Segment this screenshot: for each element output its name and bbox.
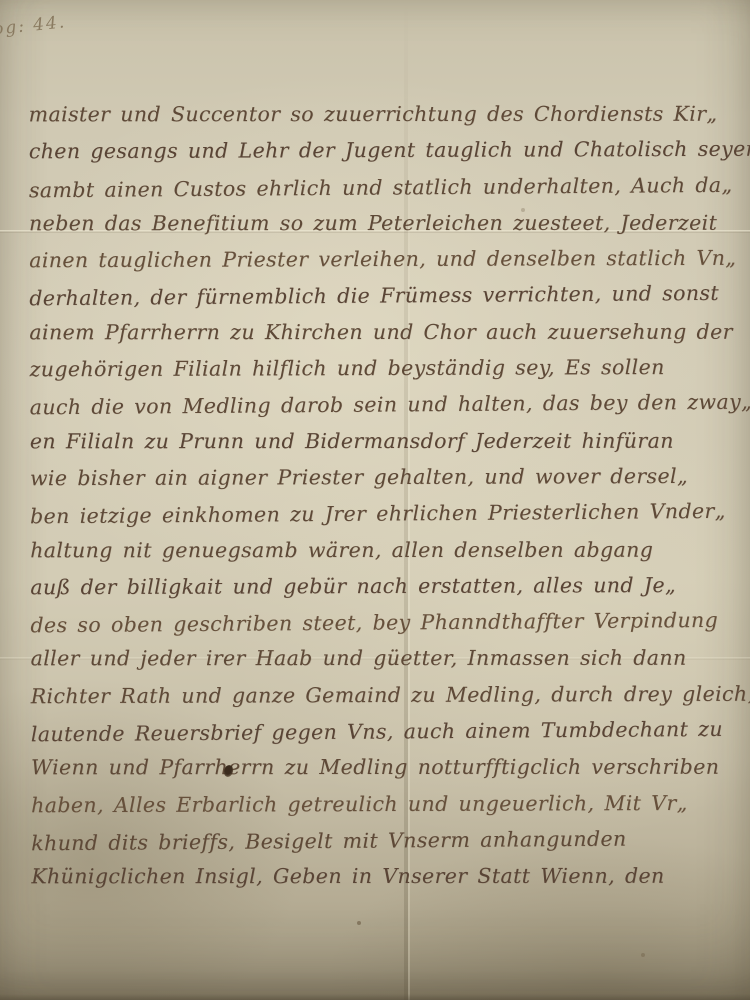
text-line: maister und Succentor so zuuerrichtung d… [29, 96, 741, 133]
text-line: Richter Rath und ganze Gemaind zu Medlin… [31, 676, 743, 715]
text-line: auch die von Medling darob sein und halt… [30, 384, 742, 426]
archival-page-number: og: 44. [0, 12, 67, 40]
text-line: chen gesangs und Lehr der Jugent tauglic… [29, 131, 741, 170]
text-line: khund dits brieffs, Besigelt mit Vnserm … [31, 820, 743, 862]
text-line: Wienn und Pfarrherrn zu Medling notturff… [31, 749, 743, 786]
text-line: en Filialn zu Prunn und Bidermansdorf Je… [30, 422, 742, 459]
manuscript-text: maister und Succentor so zuuerrichtung d… [29, 95, 744, 896]
paper-speck [357, 921, 361, 925]
text-line: ainem Pfarrherrn zu Khirchen und Chor au… [29, 313, 741, 350]
text-line: wie bisher ain aigner Priester gehalten,… [30, 458, 742, 497]
manuscript-page-photo: og: 44. maister und Succentor so zuuerri… [0, 0, 750, 1000]
text-line: auß der billigkait und gebür nach erstat… [30, 567, 742, 606]
photo-bottom-edge-shadow [0, 994, 750, 1000]
paper-speck [641, 953, 645, 957]
text-line: lautende Reuersbrief gegen Vns, auch ain… [31, 711, 743, 753]
text-line: ainen tauglichen Priester verleihen, und… [29, 240, 741, 279]
text-line: derhalten, der fürnemblich die Frümess v… [29, 275, 741, 317]
text-line: zugehörigen Filialn hilflich und beystän… [29, 349, 741, 388]
text-line: haltung nit genuegsamb wären, allen dens… [30, 531, 742, 568]
text-line: sambt ainen Custos ehrlich und statlich … [29, 166, 741, 208]
text-line: Khünigclichen Insigl, Geben in Vnserer S… [31, 858, 743, 895]
text-line: haben, Alles Erbarlich getreulich und un… [31, 784, 743, 823]
text-line: ben ietzige einkhomen zu Jrer ehrlichen … [30, 493, 742, 535]
text-line: aller und jeder irer Haab und güetter, I… [31, 640, 743, 677]
text-line: des so oben geschriben steet, bey Phannd… [30, 602, 742, 644]
text-line: neben das Benefitium so zum Peterleichen… [29, 205, 741, 242]
